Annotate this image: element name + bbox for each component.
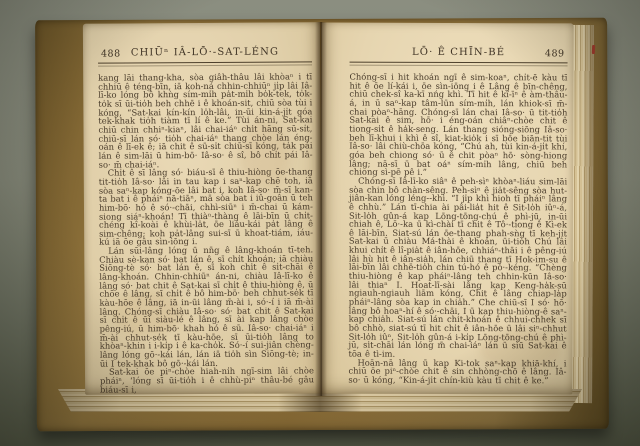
right-page-number: 489 [545, 48, 565, 59]
book-photo: 488 CHIŪⁿ IÂ-LŌ·-SAT-LÉNG kang lāi thang… [0, 0, 640, 446]
paragraph: Chi̍t ê sī lâng só· biáu-sī ê thiu-hiòng… [99, 168, 313, 247]
left-page-number: 488 [101, 49, 121, 60]
paragraph: Chóng-sī i hit khoán ngī ê sim-koaⁿ, chi… [349, 73, 567, 178]
left-page-text: kang lāi thang-kha, sòa giâh-thâu lâi kh… [98, 72, 314, 394]
paragraph: kang lāi thang-kha, sòa giâh-thâu lâi kh… [98, 72, 313, 169]
left-running-header-row: 488 CHIŪⁿ IÂ-LŌ·-SAT-LÉNG [98, 46, 312, 60]
right-page-content: LŌ· Ê CHĪN-BÉ 489 Chóng-sī i hit khoán n… [348, 47, 567, 394]
paragraph: Hoān-nā lâng ū kap Ki-tok saⁿ-kap khiā-k… [348, 358, 566, 385]
left-running-header: CHIŪⁿ IÂ-LŌ·-SAT-LÉNG [131, 47, 279, 59]
header-rule-right [350, 62, 568, 67]
paragraph: Chóng-sī Iâ-lī-ko siâⁿ ê peh-sìⁿ khòaⁿ-l… [349, 176, 568, 359]
paragraph: Lán sūi-lâng lóng ū nn̄g ê lâng-khoán tī… [99, 245, 314, 367]
page-edges-left [46, 24, 86, 406]
red-edge-mark [592, 45, 595, 54]
right-running-header: LŌ· Ê CHĪN-BÉ [412, 47, 505, 58]
book-gutter [315, 22, 327, 396]
left-page-content: 488 CHIŪⁿ IÂ-LŌ·-SAT-LÉNG kang lāi thang… [98, 46, 314, 393]
right-page-text: Chóng-sī i hit khoán ngī ê sim-koaⁿ, chi… [348, 73, 567, 385]
right-running-header-row: LŌ· Ê CHĪN-BÉ 489 [350, 47, 568, 61]
header-rule-left [98, 61, 312, 66]
paragraph: Sat-kai ōe piⁿ-chòe hiah-ni̍h ngī-sim lâ… [100, 367, 314, 394]
